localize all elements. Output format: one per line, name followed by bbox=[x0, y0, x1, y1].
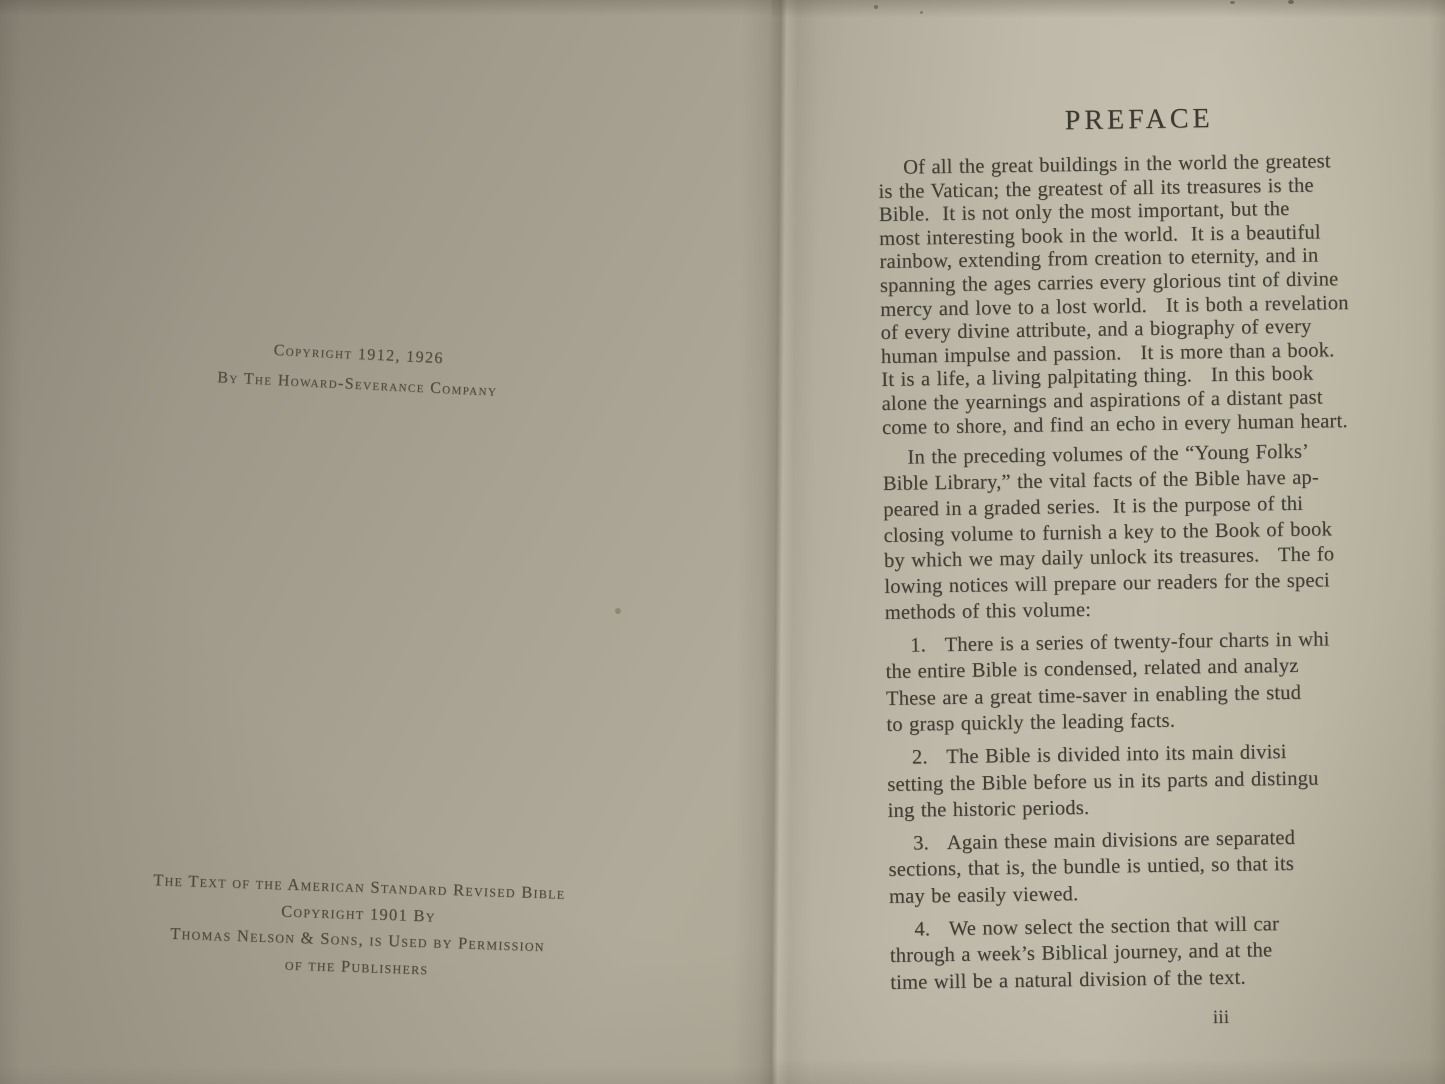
numbered-item: 2. The Bible is divided into its main di… bbox=[887, 735, 1445, 825]
paragraph: Of all the great buildings in the world … bbox=[878, 147, 1445, 440]
page-number: iii bbox=[1213, 1003, 1445, 1030]
open-book-photo: Copyright 1912, 1926 By The Howard-Sever… bbox=[0, 0, 1445, 1084]
paragraph: In the preceding volumes of the “Young F… bbox=[882, 436, 1445, 626]
copyright-page: Copyright 1912, 1926 By The Howard-Sever… bbox=[0, 0, 772, 1084]
numbered-item: 3. Again these main divisions are separa… bbox=[888, 821, 1445, 911]
preface-text: Of all the great buildings in the world … bbox=[878, 147, 1445, 1034]
permission-notice: The Text of the American Standard Revise… bbox=[6, 862, 709, 991]
numbered-item: 4. We now select the section that will c… bbox=[889, 907, 1445, 997]
copyright-notice: Copyright 1912, 1926 By The Howard-Sever… bbox=[7, 323, 709, 417]
preface-page: PREFACE Of all the great buildings in th… bbox=[772, 0, 1445, 1084]
numbered-item: 1. There is a series of twenty-four char… bbox=[885, 623, 1445, 739]
page-title: PREFACE bbox=[878, 100, 1400, 140]
